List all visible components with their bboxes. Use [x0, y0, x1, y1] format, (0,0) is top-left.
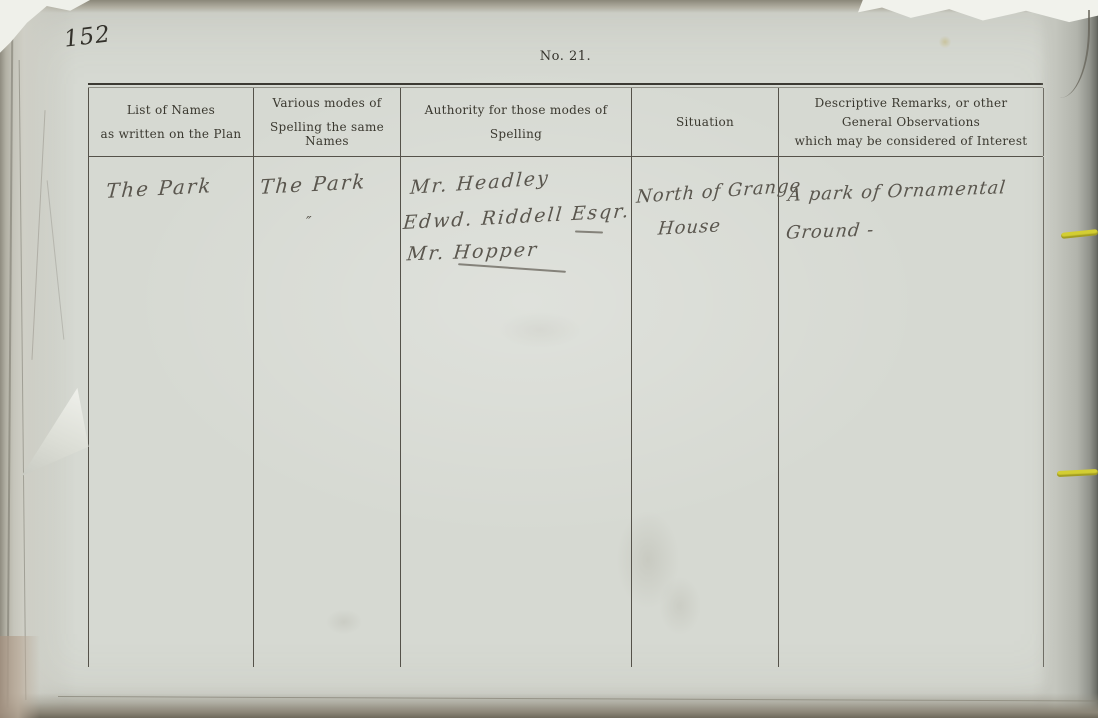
header-line: General Observations: [783, 115, 1039, 129]
header-line: Situation: [636, 115, 774, 129]
entry-situation-line2: House: [657, 215, 722, 239]
entry-remarks-line2: Ground -: [785, 219, 876, 243]
page-bottom-edge: [0, 693, 1098, 718]
table-body-row: [88, 157, 1043, 667]
cell-names: [89, 157, 254, 667]
cell-authority: [401, 157, 632, 667]
column-header-names: List of Names as written on the Plan: [89, 88, 254, 156]
binding-margin: [1040, 0, 1098, 718]
column-header-situation: Situation: [632, 88, 779, 156]
scanned-register-page: No. 21. 152 List of Names as written on …: [0, 0, 1098, 718]
header-line: Spelling: [405, 127, 627, 141]
header-line: Authority for those modes of: [405, 103, 627, 117]
header-line: Descriptive Remarks, or other: [783, 96, 1039, 110]
worn-bottom-left-corner: [0, 636, 40, 718]
column-header-remarks: Descriptive Remarks, or other General Ob…: [779, 88, 1044, 156]
column-header-authority: Authority for those modes of Spelling: [401, 88, 632, 156]
header-line: which may be considered of Interest: [783, 134, 1039, 148]
column-header-spelling-modes: Various modes of Spelling the same Names: [254, 88, 401, 156]
sheet-number: No. 21.: [88, 49, 1043, 64]
name-register-table: List of Names as written on the Plan Var…: [88, 83, 1043, 667]
binding-stitch-holes: [1066, 0, 1071, 5]
cell-spelling-modes: [254, 157, 401, 667]
header-line: Spelling the same Names: [258, 120, 396, 148]
header-line: List of Names: [93, 103, 249, 117]
entry-spelling-ditto-mark: ″: [306, 213, 312, 231]
header-line: as written on the Plan: [93, 127, 249, 141]
entry-authority-3: Mr. Hopper: [406, 239, 539, 266]
header-line: Various modes of: [258, 96, 396, 110]
table-header-row: List of Names as written on the Plan Var…: [88, 88, 1043, 157]
